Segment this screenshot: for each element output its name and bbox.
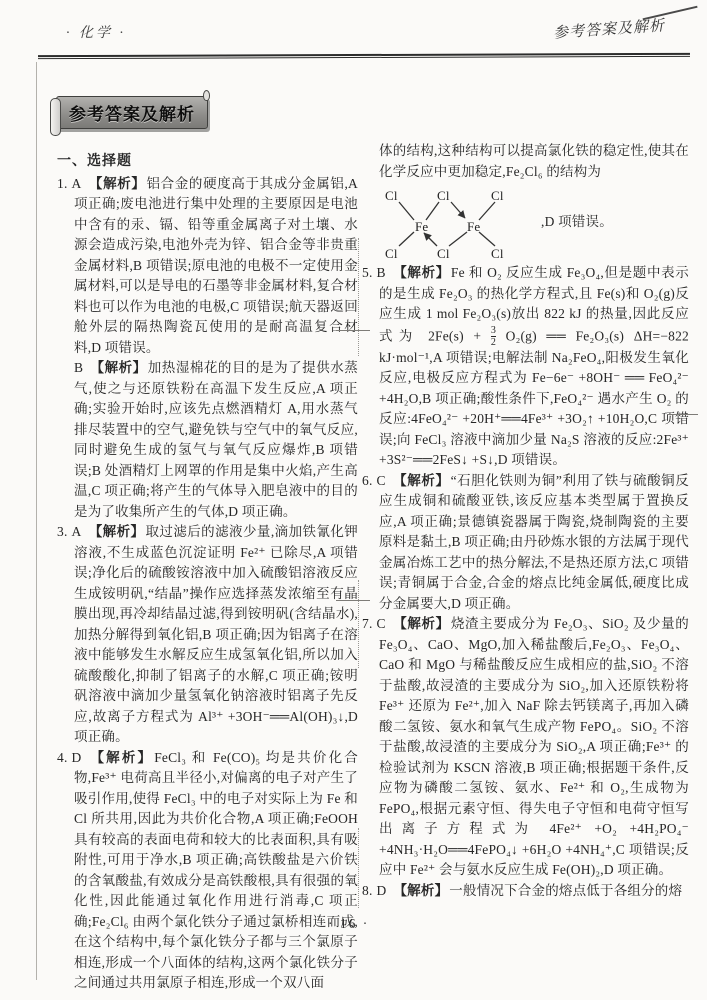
answer-item-4: 4.D【解析】FeCl₃ 和 Fe(CO)₅ 均是共价化合物,Fe³⁺ 电荷高且… [57,748,358,994]
atom-label-cl: Cl [491,188,504,203]
atom-label-fe: Fe [467,219,480,234]
atom-label-cl: Cl [437,246,450,260]
subject-header: · 化学 · [66,22,126,42]
analysis-text: 烧渣主要成分为 Fe₂O₃、SiO₂ 及少量的 Fe₃O₄、CaO、MgO,加入… [379,616,689,877]
analysis-label: 【解析】 [88,524,144,539]
scanned-answer-page: · 化学 · 参考答案及解析 参考答案及解析 一、选择题 1.A【解析】铝合金的… [0,0,707,1000]
left-column: 一、选择题 1.A【解析】铝合金的硬度高于其成分金属铝,A 项正确;废电池进行集… [57,150,358,994]
header-double-rule [38,53,690,59]
analysis-label: 【解析】 [88,750,153,765]
question-number: 5. [362,265,373,280]
molecule-caption: ,D 项错误。 [541,212,613,233]
analysis-text: FeCl₃ 和 Fe(CO)₅ 均是共价化合物,Fe³⁺ 电荷高且半径小,对偏离… [74,750,358,991]
scan-dash-mark [336,330,370,331]
analysis-label: 【解析】 [88,176,145,191]
answer-letter: C [377,616,386,631]
answer-letter: B [377,265,386,280]
molecule-row: Cl Cl Cl Fe Fe Cl Cl Cl ,D 项错误。 [362,184,689,260]
question-number: 6. [362,473,373,488]
atom-label-fe: Fe [415,219,428,234]
scroll-roll-icon [50,98,61,136]
question-number: 7. [362,616,373,631]
analysis-label: 【解析】 [393,473,450,488]
scan-dash-mark [336,600,370,601]
answer-letter: A [72,524,82,539]
answer-item-3: 3.A【解析】取过滤后的滤液少量,滴加铁氰化钾溶液,不生成蓝色沉淀证明 Fe²⁺… [57,522,358,748]
atom-label-cl: Cl [385,246,398,260]
question-number: 8. [362,883,373,898]
answer-item-4-continuation: 体的结构,这种结构可以提高氯化铁的稳定性,使其在化学反应中更加稳定,Fe₂Cl₆… [362,141,689,182]
answer-letter: A [72,176,82,191]
answer-item-8: 8.D【解析】一般情况下合金的熔点低于各组分的熔 [362,881,689,902]
answer-item-2: B【解析】加热湿棉花的目的是为了提供水蒸气,使之与还原铁粉在高温下发生反应,A … [57,358,358,522]
page-edge-line [36,62,37,980]
analysis-text: 加热湿棉花的目的是为了提供水蒸气,使之与还原铁粉在高温下发生反应,A 项正确;实… [74,360,358,519]
atom-label-cl: Cl [491,246,504,260]
answer-letter: D [377,883,387,898]
question-number: 4. [57,750,68,765]
column-divider-dots [358,828,359,908]
atom-label-cl: Cl [437,188,450,203]
question-number: 3. [57,524,68,539]
analysis-label: 【解析】 [393,616,450,631]
atom-label-cl: Cl [385,188,398,203]
fe2cl6-structure-diagram: Cl Cl Cl Fe Fe Cl Cl Cl [379,184,531,260]
right-column: 体的结构,这种结构可以提高氯化铁的稳定性,使其在化学反应中更加稳定,Fe₂Cl₆… [362,141,689,901]
section-banner: 参考答案及解析 [56,96,208,129]
section-title: 一、选择题 [57,150,358,171]
analysis-text: O₂(g) ══ Fe₂O₃(s) ΔH=−822 kJ·mol⁻¹,A 项错误… [379,328,689,467]
answer-item-7: 7.C【解析】烧渣主要成分为 Fe₂O₃、SiO₂ 及少量的 Fe₃O₄、CaO… [362,614,689,881]
pin-icon [203,90,210,101]
analysis-label: 【解析】 [393,265,450,280]
answer-item-6: 6.C【解析】“石胆化铁则为铜”利用了铁与硫酸铜反应生成铜和硫酸亚铁,该反应基本… [362,471,689,615]
banner-title: 参考答案及解析 [69,100,195,125]
page-number: · 16 · [328,916,369,932]
column-divider-dots [358,580,359,668]
answer-letter: B [74,360,83,375]
question-number: 1. [57,176,68,191]
scan-dash-mark [668,414,698,415]
answer-letter: C [377,473,386,488]
column-divider-dots [358,238,359,356]
answer-item-1: 1.A【解析】铝合金的硬度高于其成分金属铝,A 项正确;废电池进行集中处理的主要… [57,174,358,359]
analysis-text: 铝合金的硬度高于其成分金属铝,A 项正确;废电池进行集中处理的主要原因是电池中含… [74,176,358,355]
analysis-label: 【解析】 [393,883,448,898]
answer-item-5: 5.B【解析】Fe 和 O₂ 反应生成 Fe₃O₄,但是题中表示的是生成 Fe₂… [362,263,689,471]
analysis-label: 【解析】 [90,360,147,375]
answer-letter: D [72,750,82,765]
analysis-text: “石胆化铁则为铜”利用了铁与硫酸铜反应生成铜和硫酸亚铁,该反应基本类型属于置换反… [379,473,689,611]
analysis-text: 一般情况下合金的熔点低于各组分的熔 [449,883,682,898]
scan-corner-mark [643,6,698,20]
analysis-text: 取过滤后的滤液少量,滴加铁氰化钾溶液,不生成蓝色沉淀证明 Fe²⁺ 已除尽,A … [74,524,358,744]
